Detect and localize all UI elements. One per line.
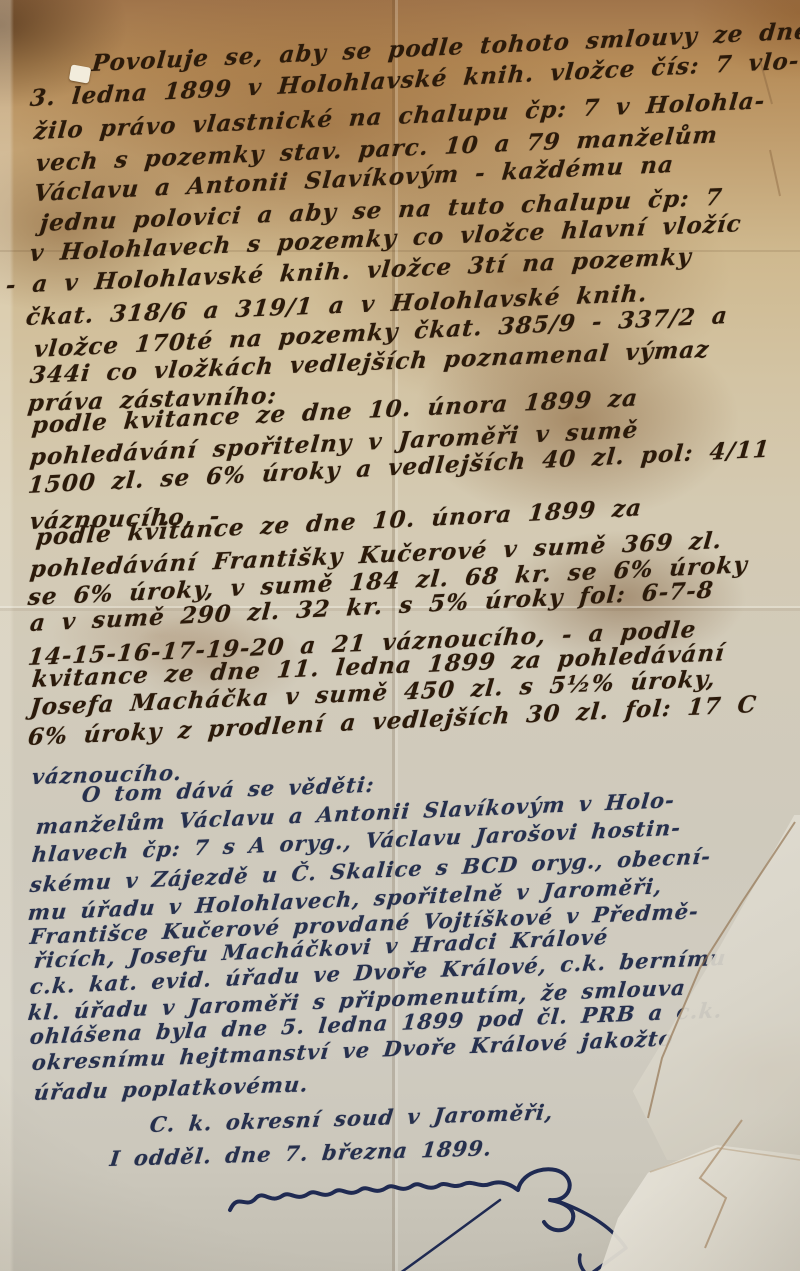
- manuscript-line: úřadu poplatkovému.: [33, 1071, 310, 1105]
- manuscript-page-photo: Povoluje se, aby se podle tohoto smlouvy…: [0, 0, 800, 1271]
- paper-chip: [69, 64, 91, 83]
- closing-court-line: C. k. okresní soud v Jaroměři,: [149, 1099, 555, 1137]
